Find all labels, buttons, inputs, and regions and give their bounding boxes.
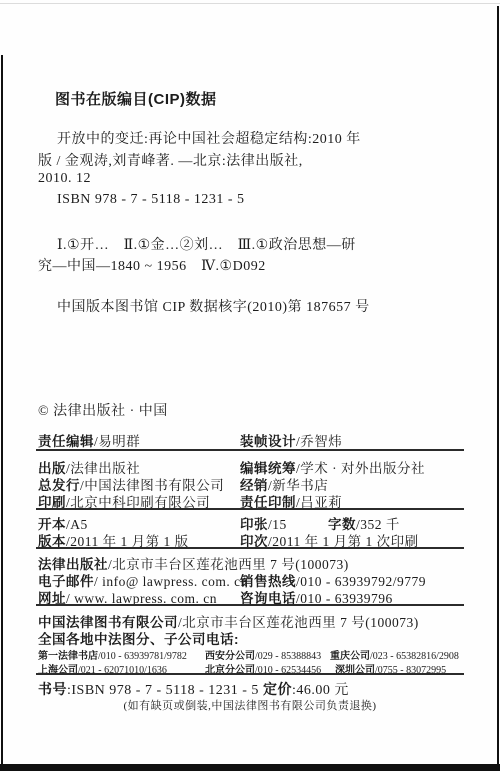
design-label: 装帧设计 [240,434,296,449]
rule-1 [36,449,464,451]
class-line-2: 究—中国—1840 ~ 1956 Ⅳ.①D092 [38,255,266,275]
scan-edge-left [1,55,3,767]
book-number-value: :ISBN 978 - 7 - 5118 - 1231 - 5 [67,683,259,698]
rule-4 [36,604,464,606]
book-copyright-page: 图书在版编目(CIP)数据 开放中的变迁:再论中国社会超稳定结构:2010 年 … [0,0,500,773]
class-line-1: Ⅰ.①开… Ⅱ.①金…②刘… Ⅲ.①政治思想—研 [57,234,356,254]
design-value: /乔智炜 [296,434,342,449]
rule-2 [36,508,464,510]
branches-heading: 全国各地中法图分、子公司电话: [38,628,239,648]
copyright-line: © 法律出版社 · 中国 [38,400,168,420]
bib-line-isbn: ISBN 978 - 7 - 5118 - 1231 - 5 [57,192,245,208]
rule-5 [36,673,464,675]
bib-line-title: 开放中的变迁:再论中国社会超稳定结构:2010 年 [57,128,361,148]
book-number-label: 书号 [38,681,67,697]
price-value: :46.00 元 [292,683,349,698]
cip-heading: 图书在版编目(CIP)数据 [55,88,217,109]
rule-3 [36,547,464,549]
editor-label: 责任编辑 [38,434,94,449]
scan-edge-right [497,6,499,767]
scan-edge-top [0,3,500,4]
editor-value: /易明群 [94,434,140,449]
price-label: 定价 [263,681,292,697]
cip-record: 中国版本图书馆 CIP 数据核字(2010)第 187657 号 [57,296,370,316]
bib-line-date: 2010. 12 [38,171,91,187]
return-policy-note: (如有缺页或倒装,中国法律图书有限公司负责退换) [38,697,462,713]
bib-line-authors: 版 / 金观涛,刘青峰著. —北京:法律出版社, [38,150,303,170]
scan-edge-bottom [0,764,500,771]
